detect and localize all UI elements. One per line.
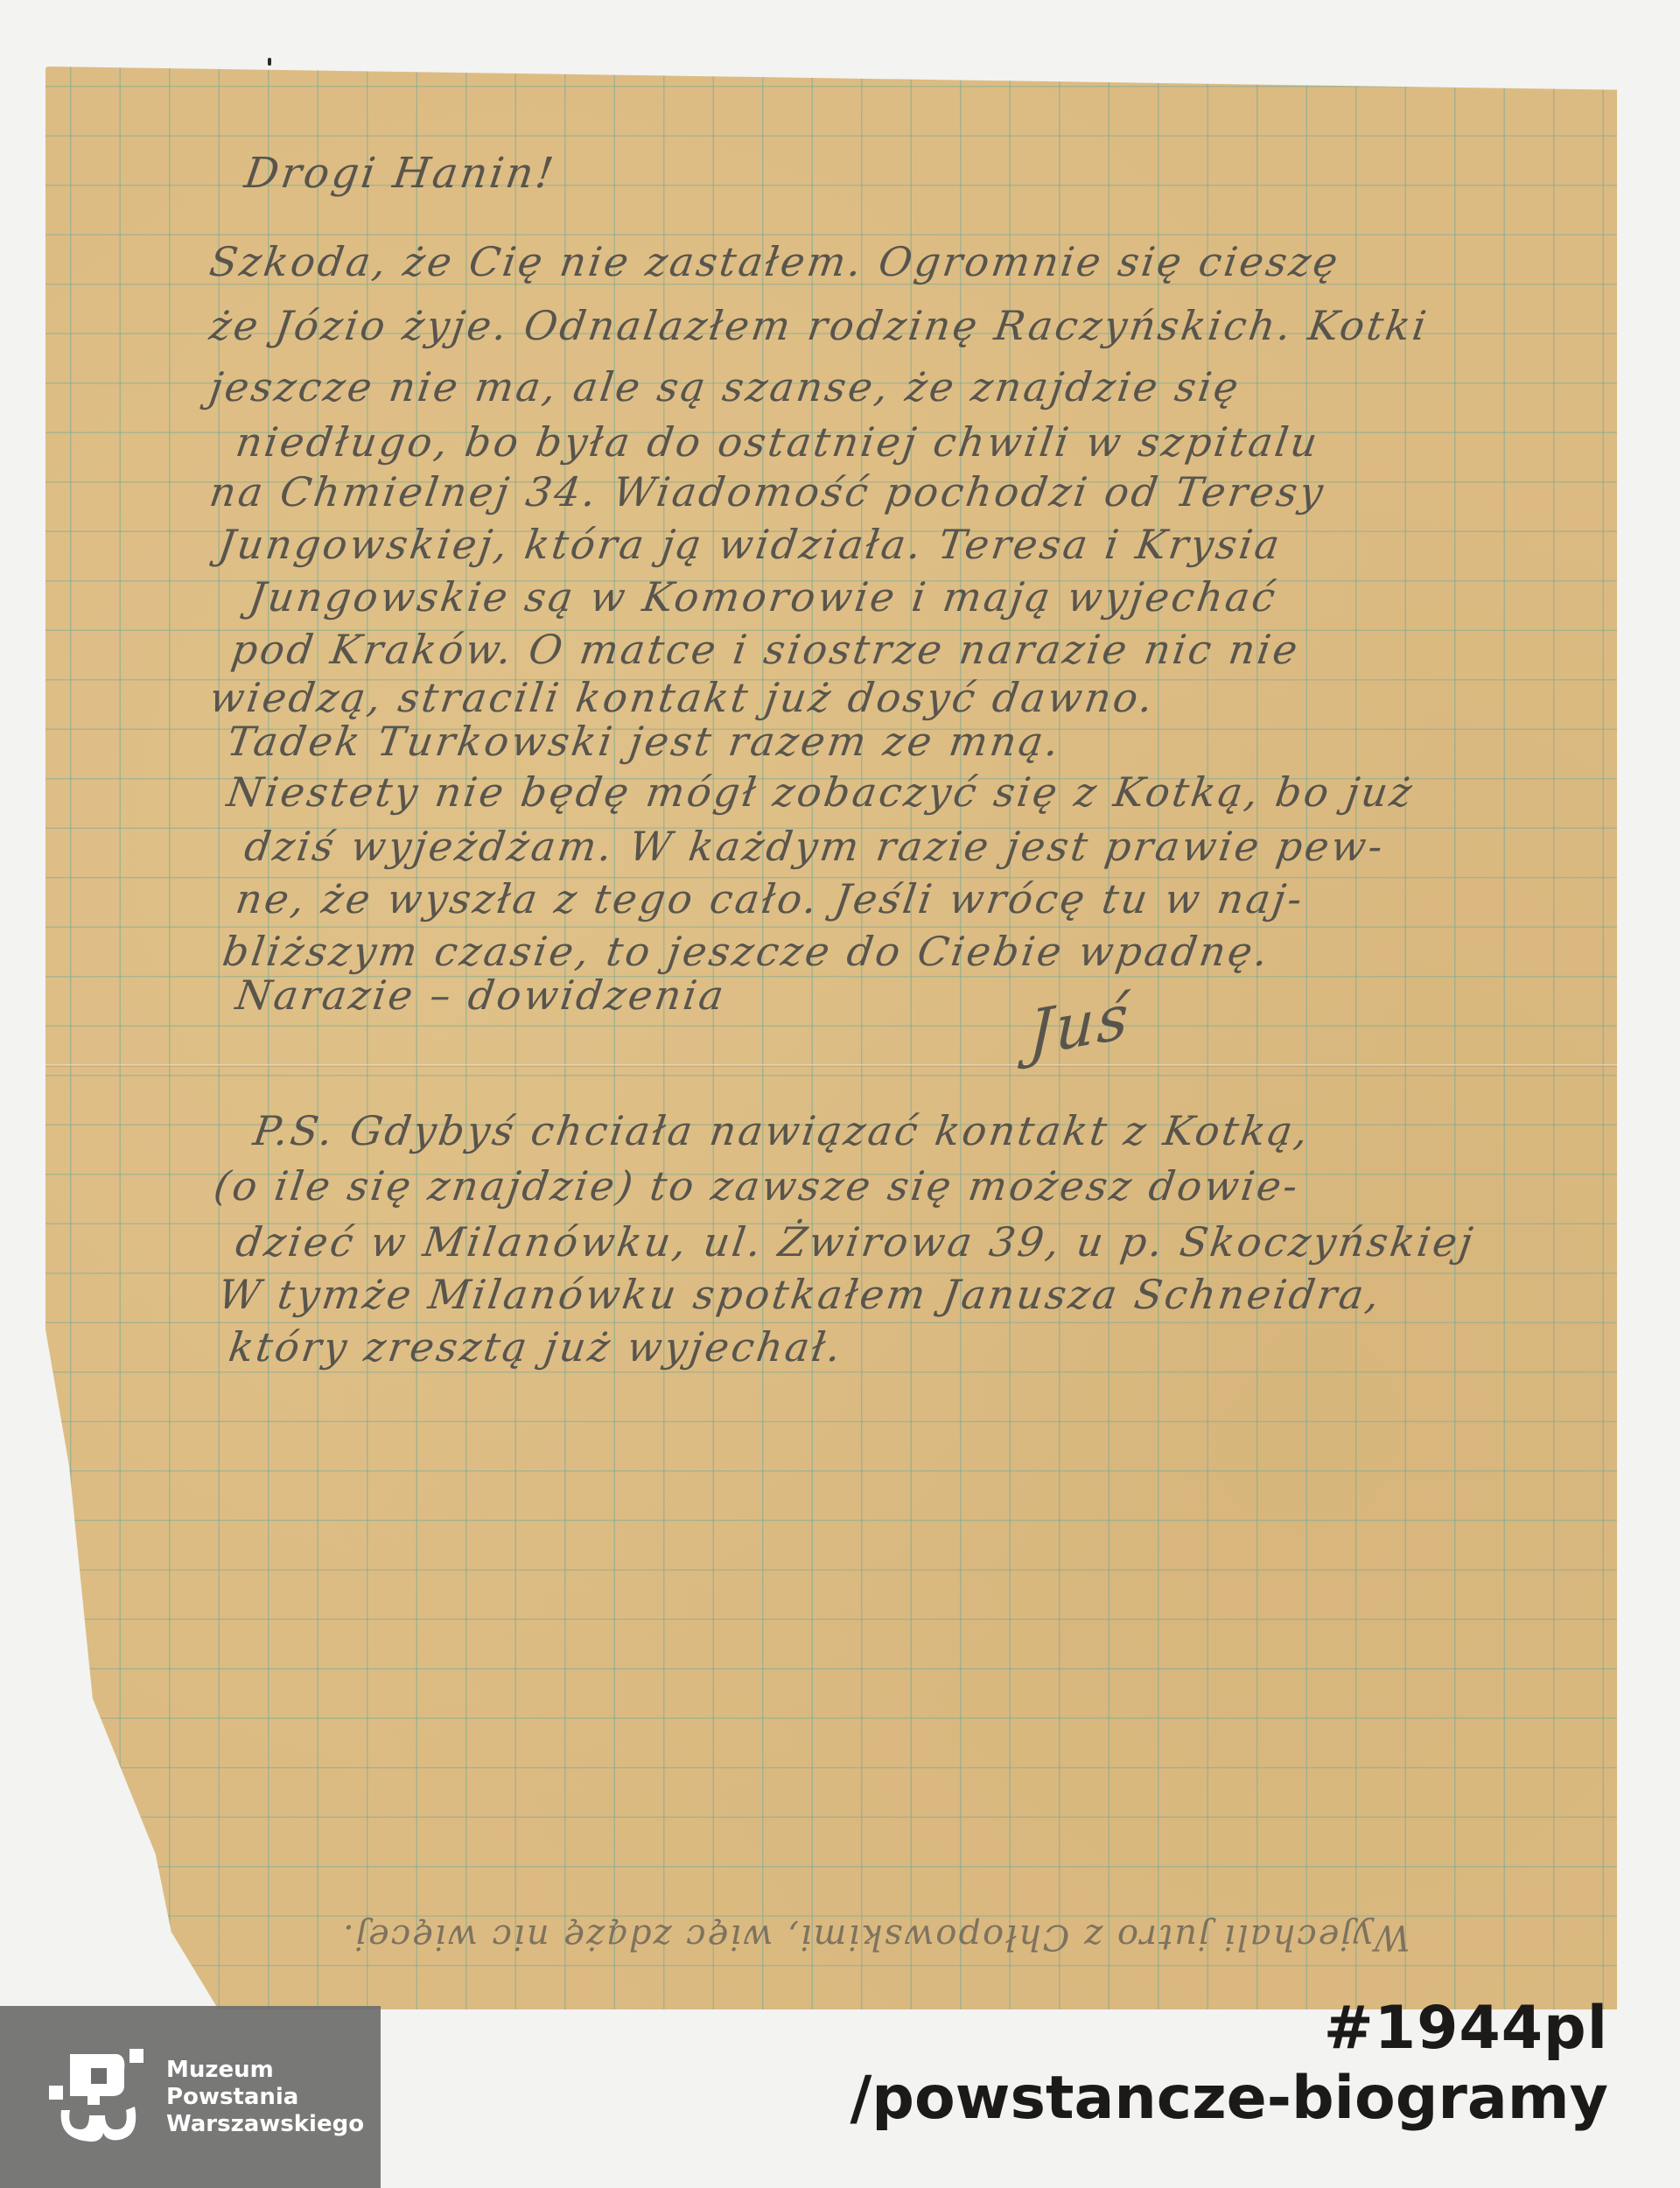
body-line: niedługo, bo była do ostatniej chwili w … [233,418,1322,466]
postscript-line: W tymże Milanówku spotkałem Janusza Schn… [215,1271,1384,1318]
body-line: jeszcze nie ma, ale są szanse, że znajdz… [206,363,1243,410]
letter-signature: Juś [1027,979,1131,1070]
museum-name-line: Powstania [166,2084,364,2111]
hashtag-label: #1944pl [1324,1997,1608,2060]
postscript-line: dzieć w Milanówku, ul. Żwirowa 39, u p. … [233,1218,1478,1266]
body-line: pod Kraków. O matce i siostrze narazie n… [228,626,1303,673]
upside-down-note: Wyjechali jutro z Chłopowskimi, więc zdą… [341,1917,1410,1957]
body-line: wiedzą, stracili kontakt już dosyć dawno… [206,674,1158,721]
body-line: że Józio żyje. Odnalazłem rodzinę Raczyń… [206,302,1431,349]
body-line: Jungowskie są w Komorowie i mają wyjecha… [246,573,1280,621]
body-line: Jungowskiej, która ją widziała. Teresa i… [215,521,1284,568]
body-line: dziś wyjeżdżam. W każdym razie jest praw… [241,823,1388,870]
body-line: ne, że wyszła z tego cało. Jeśli wrócę t… [233,875,1307,922]
body-line: bliższym czasie, to jeszcze do Ciebie wp… [220,928,1273,975]
body-line: Szkoda, że Cię nie zastałem. Ogromnie si… [206,238,1343,285]
museum-name: Muzeum Powstania Warszawskiego [166,2057,364,2138]
handwritten-letter: Drogi Hanin! Szkoda, że Cię nie zastałem… [0,0,1680,2188]
body-line: Narazie – dowidzenia [233,971,729,1019]
museum-name-line: Muzeum [166,2057,364,2084]
postscript-line: P.S. Gdybyś chciała nawiązać kontakt z K… [250,1107,1313,1154]
museum-logo-badge: Muzeum Powstania Warszawskiego [0,2006,381,2188]
postscript-line: który zresztą już wyjechał. [226,1323,846,1371]
museum-name-line: Warszawskiego [166,2111,364,2138]
kotwica-anchor-icon [49,2049,145,2145]
biogram-path-label: /powstancze-biogramy [850,2067,1608,2130]
letter-greeting: Drogi Hanin! [241,149,558,198]
postscript-line: (o ile się znajdzie) to zawsze się możes… [211,1162,1303,1210]
body-line: Tadek Turkowski jest razem ze mną. [224,718,1064,765]
body-line: na Chmielnej 34. Wiadomość pochodzi od T… [206,468,1328,515]
body-line: Niestety nie będę mógł zobaczyć się z Ko… [224,768,1417,816]
